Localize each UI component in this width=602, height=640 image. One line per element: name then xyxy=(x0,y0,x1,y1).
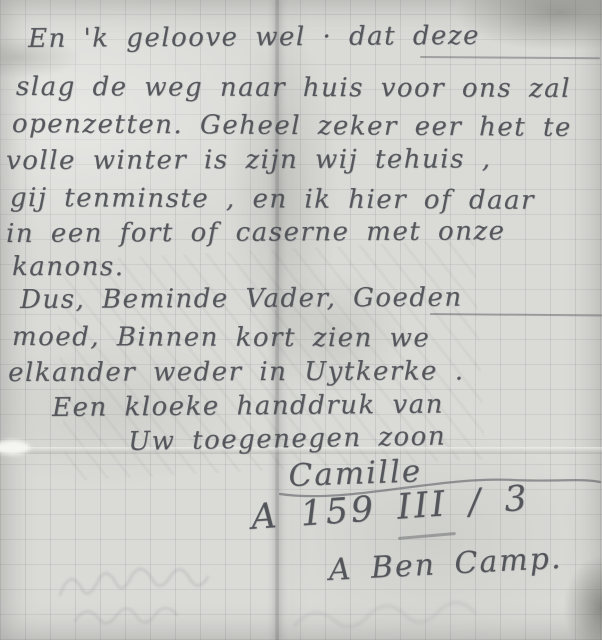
handwriting-line: Dus, Beminde Vader, Goeden xyxy=(20,285,463,313)
handwriting-line: openzetten. Geheel zeker eer het te xyxy=(12,111,572,141)
handwriting-line: elkander weder in Uytkerke . xyxy=(8,358,465,386)
handwriting-line: Een kloeke handdruk van xyxy=(52,392,444,421)
letter-photograph: En 'k geloove wel · dat deze slag de weg… xyxy=(0,0,602,640)
handwriting-line: En 'k geloove wel · dat deze xyxy=(28,23,480,52)
ghost-writing xyxy=(45,555,305,635)
handwriting-line: Uw toegenegen zoon xyxy=(128,423,446,455)
handwriting-line: in een fort of caserne met onze xyxy=(6,218,506,247)
handwriting-line: gij tenminste , en ik hier of daar xyxy=(10,185,535,214)
ghost-scribble xyxy=(290,600,510,640)
pencil-stroke-line xyxy=(398,532,456,540)
handwriting-line: slag de weg naar huis voor ons zal xyxy=(16,74,571,102)
signature-final: A Ben Camp. xyxy=(328,544,563,586)
handwriting-line: moed, Binnen kort zien we xyxy=(12,324,430,351)
pencil-stroke-line xyxy=(420,56,600,59)
handwriting-line: volle winter is zijn wij tehuis , xyxy=(6,146,491,174)
handwriting-line: kanons. xyxy=(12,254,125,280)
